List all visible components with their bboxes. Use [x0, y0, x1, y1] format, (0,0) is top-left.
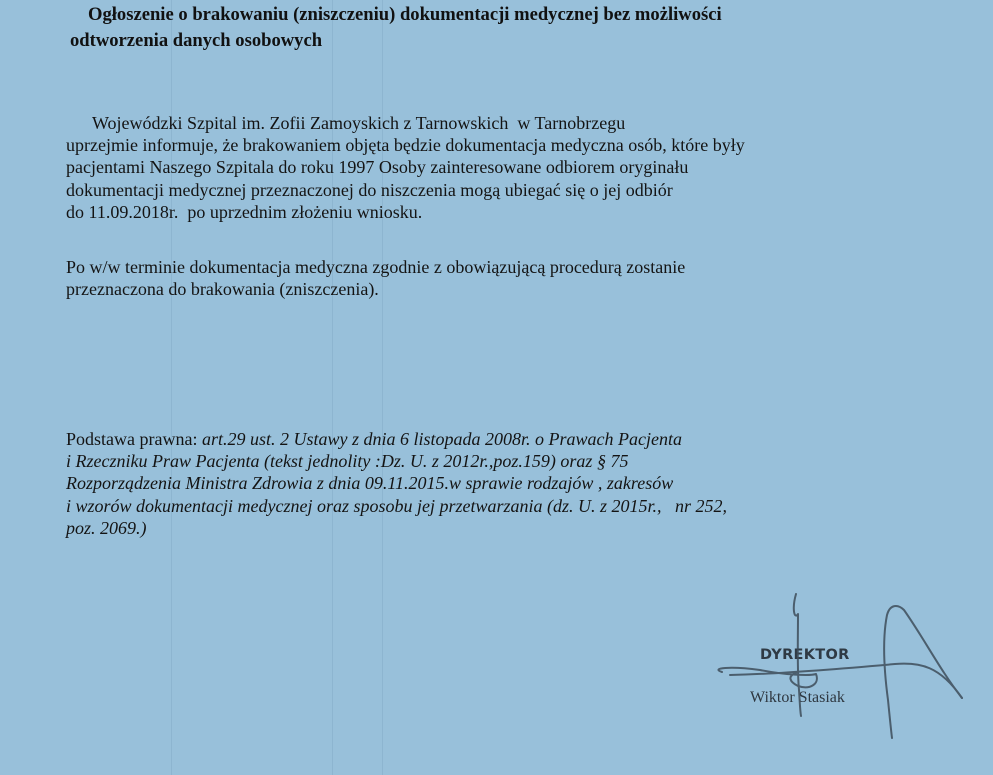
legal-basis-line: i Rzeczniku Praw Pacjenta (tekst jednoli…	[66, 451, 628, 471]
title-line-2: odtworzenia danych osobowych	[70, 30, 322, 51]
title-line-1: Ogłoszenie o brakowaniu (zniszczeniu) do…	[88, 4, 722, 25]
legal-basis-label: Podstawa prawna:	[66, 429, 202, 449]
signature-block: DYREKTOR Wiktor Stasiak	[690, 580, 993, 775]
legal-basis-line: poz. 2069.)	[66, 518, 147, 538]
paragraph-line: Po w/w terminie dokumentacja medyczna zg…	[66, 257, 685, 277]
paragraph-line: pacjentami Naszego Szpitala do roku 1997…	[66, 157, 688, 177]
paragraph-line: Wojewódzki Szpital im. Zofii Zamoyskich …	[92, 113, 625, 133]
document-title: Ogłoszenie o brakowaniu (zniszczeniu) do…	[70, 2, 950, 54]
announcement-paragraph: Wojewódzki Szpital im. Zofii Zamoyskich …	[66, 112, 745, 223]
legal-basis: Podstawa prawna: art.29 ust. 2 Ustawy z …	[66, 428, 727, 539]
paragraph-line: do 11.09.2018r. po uprzednim złożeniu wn…	[66, 202, 422, 222]
legal-basis-line: Rozporządzenia Ministra Zdrowia z dnia 0…	[66, 473, 673, 493]
paragraph-line: dokumentacji medycznej przeznaczonej do …	[66, 180, 673, 200]
legal-basis-line: art.29 ust. 2 Ustawy z dnia 6 listopada …	[202, 429, 682, 449]
paragraph-line: uprzejmie informuje, że brakowaniem obję…	[66, 135, 745, 155]
handwritten-signature-icon	[690, 580, 993, 775]
deadline-paragraph: Po w/w terminie dokumentacja medyczna zg…	[66, 256, 685, 300]
paragraph-line: przeznaczona do brakowania (zniszczenia)…	[66, 279, 379, 299]
legal-basis-line: i wzorów dokumentacji medycznej oraz spo…	[66, 496, 727, 516]
